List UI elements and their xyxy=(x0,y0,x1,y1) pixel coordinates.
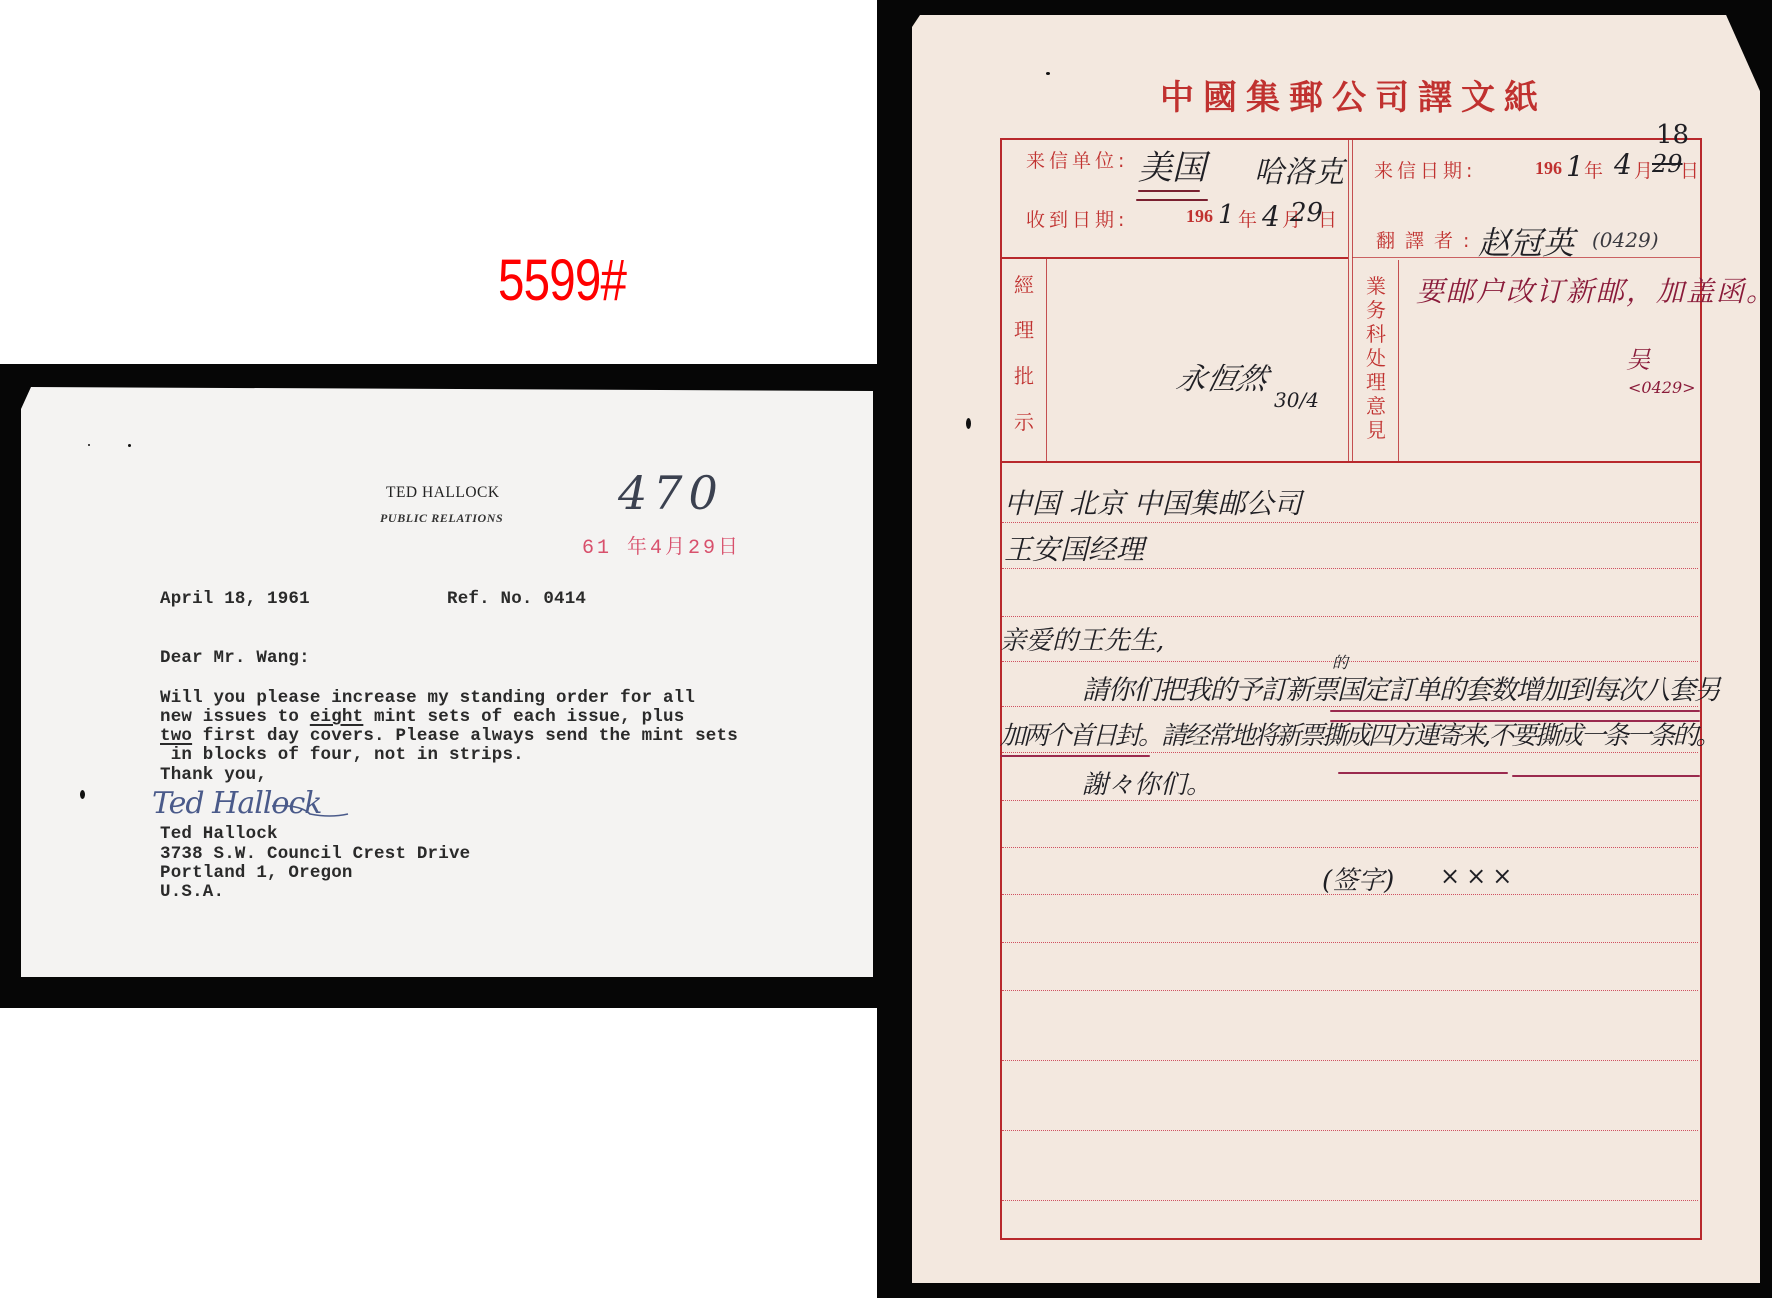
business-initial-date: <0429> xyxy=(1628,378,1696,397)
received-day-char: 日 xyxy=(1318,205,1337,232)
signature-label: (签字) xyxy=(1322,860,1394,897)
manager-label-char: 經 xyxy=(1012,275,1036,295)
emphasis-underline-2 xyxy=(1330,720,1700,722)
country-underline xyxy=(1138,190,1200,192)
reference-number: Ref. No. 0414 xyxy=(447,591,586,609)
form-border-bottom xyxy=(1000,1238,1700,1240)
ruled-line xyxy=(1002,847,1698,848)
ruled-line xyxy=(1002,661,1698,662)
country-underline-2 xyxy=(1136,199,1208,201)
form-divider-center-a xyxy=(1348,138,1349,463)
letterhead-title: PUBLIC RELATIONS xyxy=(380,511,503,526)
letterhead-name: TED HALLOCK xyxy=(386,484,500,502)
manager-signature: 永恒然 xyxy=(1173,354,1274,398)
address-line-2: 王安国经理 xyxy=(1004,528,1144,568)
manager-label-char: 批 xyxy=(1012,366,1036,386)
sender-country: U.S.A. xyxy=(160,884,224,902)
closing: Thank you, xyxy=(160,767,267,785)
salutation: Dear Mr. Wang: xyxy=(160,650,310,668)
received-year-digit: 1 xyxy=(1218,200,1235,230)
letter-paper xyxy=(21,387,873,977)
body-line-4: in blocks of four, not in strips. xyxy=(160,747,524,765)
form-divider-center-b xyxy=(1352,138,1353,463)
ruled-line xyxy=(1002,1130,1698,1131)
sender-street: 3738 S.W. Council Crest Drive xyxy=(160,846,470,864)
ruled-line xyxy=(1002,942,1698,943)
translation-closing: 謝々你们。 xyxy=(1082,764,1212,801)
emphasis-underline xyxy=(1512,775,1700,777)
emphasis-underline xyxy=(1330,710,1700,712)
received-date-label: 收到日期: xyxy=(1026,205,1128,232)
form-title: 中國集郵公司譯文紙 xyxy=(1160,70,1547,119)
letter-day-struck: 29 xyxy=(1652,150,1683,178)
body-line-3: two first day covers. Please always send… xyxy=(160,728,738,746)
form-row-divider-left xyxy=(1000,257,1348,259)
body-line-2: new issues to eight mint sets of each is… xyxy=(160,709,684,727)
received-month: 4 xyxy=(1262,200,1280,233)
ruled-line xyxy=(1002,568,1698,569)
business-label-divider xyxy=(1398,260,1399,463)
letter-date: April 18, 1961 xyxy=(160,591,310,609)
letter-year-digit: 1 xyxy=(1566,150,1584,183)
ruled-line xyxy=(1002,616,1698,617)
received-year-char: 年 xyxy=(1238,205,1257,232)
sender-unit-label: 来信单位: xyxy=(1026,146,1128,173)
manager-label-char: 理 xyxy=(1012,320,1036,340)
manager-label-divider xyxy=(1046,257,1047,463)
paragraph-line-1: 請你们把我的予訂新票国定訂单的套数增加到每次八套另 xyxy=(1082,668,1720,707)
letter-year-printed: 196 xyxy=(1535,158,1562,179)
business-label-char: 务 xyxy=(1364,300,1388,320)
manager-label-char: 示 xyxy=(1012,412,1036,432)
letter-day-char: 日 xyxy=(1680,156,1699,183)
paper-speck xyxy=(128,444,131,447)
handwritten-number: 470 xyxy=(618,466,724,520)
ruled-line xyxy=(1002,752,1698,753)
signature-flourish xyxy=(270,800,350,820)
business-label-char: 見 xyxy=(1364,420,1388,440)
emphasis-underline xyxy=(1000,755,1150,757)
translation-salutation: 亲爱的王先生, xyxy=(1000,620,1164,657)
letter-month-char: 月 xyxy=(1634,156,1653,183)
letter-day-corrected: 18 xyxy=(1656,120,1689,150)
ruled-line xyxy=(1002,522,1698,523)
business-label-char: 科 xyxy=(1364,324,1388,344)
emphasis-underline xyxy=(1338,772,1508,774)
letter-date-label: 来信日期: xyxy=(1374,156,1476,183)
business-label-char: 業 xyxy=(1364,276,1388,296)
form-border-left xyxy=(1000,138,1002,1240)
sender-name: Ted Hallock xyxy=(160,826,278,844)
punch-hole-mark xyxy=(80,790,85,799)
paper-speck xyxy=(88,444,90,446)
ruled-line xyxy=(1002,1200,1698,1201)
sender-unit-name: 哈洛克 xyxy=(1254,147,1344,191)
body-line-1: Will you please increase my standing ord… xyxy=(160,690,695,708)
received-date-stamp: 61 年4月29日 xyxy=(582,530,741,560)
translator-date: (0429) xyxy=(1592,228,1659,252)
catalog-number: 5599# xyxy=(498,252,626,310)
punch-hole-mark xyxy=(966,418,971,429)
business-initial: 吴 xyxy=(1626,340,1650,375)
ruled-line xyxy=(1002,990,1698,991)
business-label-char: 处 xyxy=(1364,348,1388,368)
received-year-printed: 196 xyxy=(1186,206,1213,227)
form-border-top xyxy=(1000,138,1702,140)
signature-mark: ××× xyxy=(1440,862,1518,890)
letter-year-char: 年 xyxy=(1584,156,1603,183)
business-note: 要邮户改订新邮，加盖函。 xyxy=(1416,270,1772,310)
ruled-line xyxy=(1002,1060,1698,1061)
sender-city: Portland 1, Oregon xyxy=(160,865,353,883)
manager-signature-date: 30/4 xyxy=(1274,388,1319,412)
form-section-divider xyxy=(1000,461,1700,463)
translator-name: 赵冠英 xyxy=(1478,218,1574,264)
business-label-char: 理 xyxy=(1364,372,1388,392)
paper-speck xyxy=(1046,72,1050,75)
emphasis-two: two xyxy=(160,726,192,746)
emphasis-eight: eight xyxy=(310,707,364,727)
translator-label: 翻譯者: xyxy=(1376,226,1479,253)
address-line-1: 中国 北京 中国集邮公司 xyxy=(1004,482,1302,522)
business-label-char: 意 xyxy=(1364,396,1388,416)
sender-unit-country: 美国 xyxy=(1138,140,1206,189)
letter-month: 4 xyxy=(1614,148,1632,181)
